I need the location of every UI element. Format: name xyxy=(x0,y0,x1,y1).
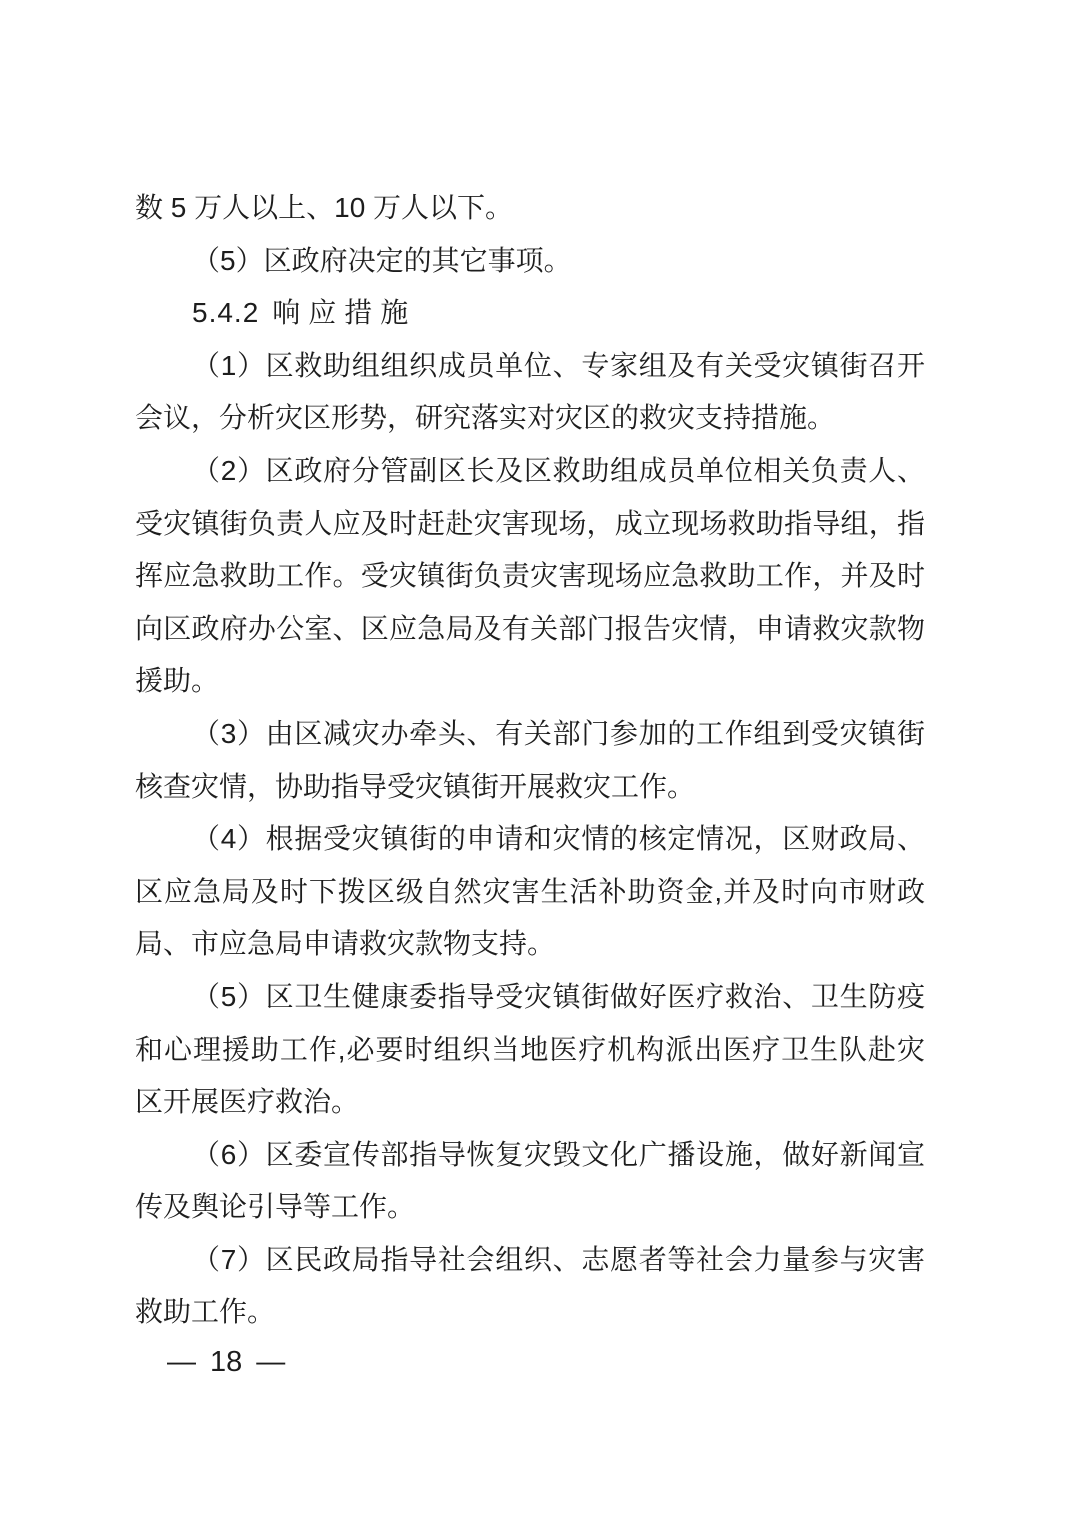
document-page: 数 5 万人以上、10 万人以下。 （5）区政府决定的其它事项。 5.4.2响应… xyxy=(0,0,1074,1520)
page-number: 18 xyxy=(210,1346,242,1378)
paragraph-measure-5: （5）区卫生健康委指导受灾镇街做好医疗救治、卫生防疫和心理援助工作,必要时组织当… xyxy=(135,971,925,1129)
footer-left-dash: — xyxy=(167,1346,196,1378)
footer-right-dash: — xyxy=(256,1346,285,1378)
paragraph-measure-4: （4）根据受灾镇街的申请和灾情的核定情况，区财政局、区应急局及时下拨区级自然灾害… xyxy=(135,813,925,971)
paragraph-measure-7: （7）区民政局指导社会组织、志愿者等社会力量参与灾害救助工作。 xyxy=(135,1234,925,1339)
text-block: 数 5 万人以上、10 万人以下。 （5）区政府决定的其它事项。 5.4.2响应… xyxy=(135,182,925,1339)
section-heading: 5.4.2响应措施 xyxy=(135,287,925,340)
paragraph-measure-6: （6）区委宣传部指导恢复灾毁文化广播设施，做好新闻宣传及舆论引导等工作。 xyxy=(135,1129,925,1234)
section-heading-title: 响应措施 xyxy=(272,297,416,328)
paragraph-measure-1: （1）区救助组组织成员单位、专家组及有关受灾镇街召开会议，分析灾区形势，研究落实… xyxy=(135,340,925,445)
page-footer: —18— xyxy=(167,1342,285,1382)
paragraph-measure-2: （2）区政府分管副区长及区救助组成员单位相关负责人、受灾镇街负责人应及时赶赴灾害… xyxy=(135,445,925,708)
section-heading-number: 5.4.2 xyxy=(192,297,259,328)
paragraph-measure-3: （3）由区减灾办牵头、有关部门参加的工作组到受灾镇街核查灾情，协助指导受灾镇街开… xyxy=(135,708,925,813)
paragraph-item-other-matters: （5）区政府决定的其它事项。 xyxy=(135,235,925,288)
paragraph-continuation: 数 5 万人以上、10 万人以下。 xyxy=(135,182,925,235)
